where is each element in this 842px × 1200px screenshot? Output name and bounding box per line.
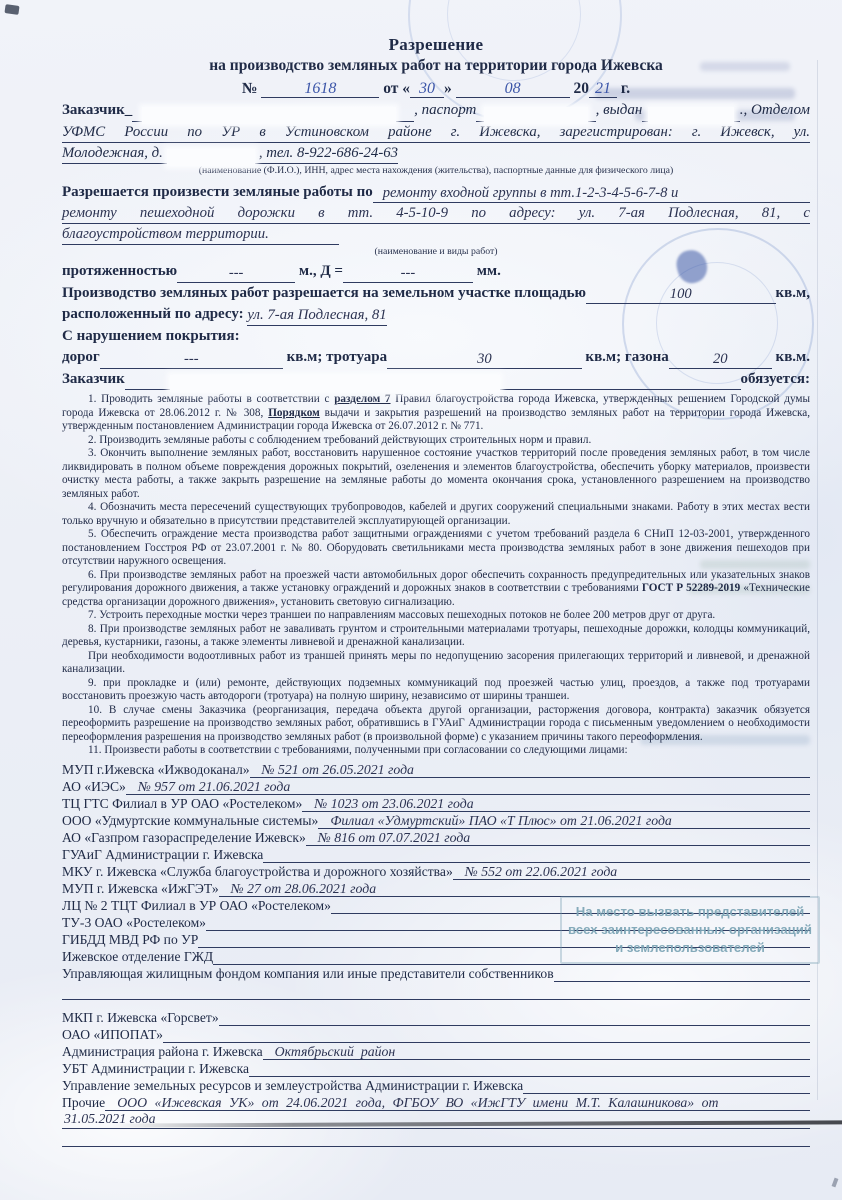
- issued-date-field: [642, 121, 740, 122]
- agreement-org-label: МУП г. Ижевска «ИжГЭТ»: [62, 881, 219, 897]
- agreement-value: Октябрьский район: [263, 1044, 810, 1059]
- agreement-fill-line: ООО «Ижевская УК» от 24.06.2021 года, ФГ…: [105, 1095, 810, 1111]
- coverage-header: С нарушением покрытия:: [62, 326, 810, 348]
- lawn-value: 20: [669, 350, 772, 368]
- diameter-label: м., Д =: [295, 261, 343, 283]
- length-line: протяженностью --- м., Д = --- мм.: [62, 261, 810, 283]
- customer-line-2: УФМС России по УР в Устиновском районе г…: [62, 122, 810, 143]
- agreement-fill-line: [554, 981, 810, 982]
- work-value-3: благоустройством территории.: [62, 224, 339, 245]
- month-value: 08: [456, 80, 570, 98]
- agreement-row: Управление земельных ресурсов и землеуст…: [62, 1077, 810, 1094]
- clause-emphasis: Порядком: [268, 407, 320, 419]
- stamp-note-line: всех заинтересованных организаций: [568, 921, 812, 939]
- agreement-org-label: АО «ИЭС»: [62, 779, 126, 795]
- length-value: ---: [177, 264, 295, 282]
- clause-text: 2. Производить земляные работы с соблюде…: [88, 434, 591, 446]
- street-label: Молодежная, д.: [62, 143, 163, 164]
- agreement-org-label: ТУ-3 ОАО «Ростелеком»: [62, 915, 206, 931]
- redaction-box: [170, 375, 500, 392]
- clause: 7. Устроить переходные мостки через тран…: [62, 609, 810, 623]
- mm-label: мм.: [473, 261, 501, 283]
- redaction-box: [167, 149, 255, 166]
- clause: 9. при прокладке и (или) ремонте, действ…: [62, 677, 810, 704]
- agreement-org-label: ГУАиГ Администрации г. Ижевска: [62, 847, 263, 863]
- clause: 2. Производить земляные работы с соблюде…: [62, 434, 810, 448]
- roads-value: ---: [100, 350, 283, 368]
- passport-label: , паспорт: [414, 100, 476, 122]
- work-description-field: ремонту входной группы в тт.1-2-3-4-5-6-…: [373, 184, 810, 203]
- agreement-value: № 552 от 22.06.2021 года: [453, 864, 810, 879]
- stamp-note-line: и землепользователей: [615, 939, 765, 957]
- agreement-row: АО «ИЭС»№ 957 от 21.06.2021 года: [62, 778, 810, 795]
- diameter-value: ---: [343, 264, 473, 282]
- customer-line-3: Молодежная, д. , тел. 8-922-686-24-63: [62, 143, 810, 164]
- call-representatives-stamp: На место вызвать представителейвсех заин…: [560, 896, 820, 964]
- work-line-2: ремонту пешеходной дорожки в тт. 4-5-10-…: [62, 203, 810, 224]
- work-line-3: благоустройством территории.: [62, 224, 810, 245]
- address-value: ул. 7-ая Подлесная, 81: [247, 305, 386, 326]
- clause: 5. Обеспечить ограждение места производс…: [62, 528, 810, 569]
- sidewalk-field: 30: [387, 350, 582, 369]
- clause-text: 5. Обеспечить ограждение места производс…: [62, 528, 810, 567]
- agreement-fill-line: [219, 1025, 810, 1026]
- lawn-units: кв.м.: [772, 347, 810, 369]
- agreement-org-label: МКП г. Ижевска «Горсвет»: [62, 1010, 219, 1026]
- area-label: Производство земляных работ разрешается …: [62, 283, 586, 305]
- clause: 8. При производстве земляных работ не за…: [62, 623, 810, 650]
- scan-corner-mark: [832, 1178, 839, 1188]
- agreement-fill-line: № 1023 от 23.06.2021 года: [302, 796, 810, 812]
- document-subtitle: на производство земляных работ на террит…: [62, 55, 810, 76]
- agreement-org-label: ТЦ ГТС Филиал в УР ОАО «Ростелеком»: [62, 796, 302, 812]
- agreement-org-label: Ижевское отделение ГЖД: [62, 949, 213, 965]
- agreement-full-line: [62, 1129, 810, 1147]
- agreement-value: № 957 от 21.06.2021 года: [126, 779, 810, 794]
- number-sign: №: [242, 80, 258, 97]
- agreement-org-label: АО «Газпром газораспределение Ижевск»: [62, 830, 306, 846]
- clause: 11. Произвести работы в соответствии с т…: [62, 744, 810, 758]
- agreement-value: № 1023 от 23.06.2021 года: [302, 796, 810, 811]
- sidewalk-units: кв.м; газона: [582, 347, 669, 369]
- agreement-row: ПрочиеООО «Ижевская УК» от 24.06.2021 го…: [62, 1094, 810, 1111]
- clause-text: При необходимости водоотливных работ из …: [62, 650, 810, 676]
- agreement-row: ОАО «ИПОПАТ»: [62, 1026, 810, 1043]
- agreement-fill-line: [263, 862, 810, 863]
- agreement-row: МУП г. Ижевска «ИжГЭТ»№ 27 от 28.06.2021…: [62, 880, 810, 897]
- agreement-org-label: ГИБДД МВД РФ по УР: [62, 932, 198, 948]
- agreement-full-line: [62, 982, 810, 1000]
- agreement-org-label: ООО «Удмуртские коммунальные системы»: [62, 813, 318, 829]
- permit-number-value: 1618: [261, 80, 379, 98]
- issued-tail: ., Отделом: [740, 100, 810, 122]
- customer-label: Заказчик_: [62, 100, 132, 122]
- agreement-org-label: МУП г.Ижевска «Ижводоканал»: [62, 762, 250, 778]
- agreement-fill-line: № 521 от 26.05.2021 года: [250, 762, 810, 778]
- length-field: ---: [177, 264, 295, 283]
- roads-field: ---: [100, 350, 283, 369]
- agreement-fill-line: № 27 от 28.06.2021 года: [219, 881, 810, 897]
- address-label: расположенный по адресу:: [62, 304, 247, 326]
- agreement-row: ООО «Удмуртские коммунальные системы»Фил…: [62, 812, 810, 829]
- work-line-1: Разрешается произвести земляные работы п…: [62, 182, 810, 204]
- agreement-org-label: УБТ Администрации г. Ижевска: [62, 1061, 249, 1077]
- clause-emphasis: ГОСТ Р 52289-2019: [642, 582, 740, 594]
- issued-label: , выдан: [596, 100, 643, 122]
- agreement-value: 31.05.2021 года: [62, 1111, 810, 1126]
- clause-text: 11. Произвести работы в соответствии с т…: [88, 744, 628, 756]
- agreement-value: № 521 от 26.05.2021 года: [250, 762, 810, 777]
- agreement-org-label: Администрация района г. Ижевска: [62, 1044, 263, 1060]
- clause-emphasis: разделом 7: [334, 393, 390, 405]
- agreement-fill-line: № 552 от 22.06.2021 года: [453, 864, 810, 880]
- agreement-value: ООО «Ижевская УК» от 24.06.2021 года, ФГ…: [105, 1095, 810, 1110]
- day-value: 30: [410, 80, 444, 98]
- agreement-row: МКУ г. Ижевска «Служба благоустройства и…: [62, 863, 810, 880]
- clause: При необходимости водоотливных работ из …: [62, 650, 810, 677]
- clause-text: 8. При производстве земляных работ не за…: [62, 623, 810, 649]
- agreement-row: МУП г.Ижевска «Ижводоканал»№ 521 от 26.0…: [62, 761, 810, 778]
- agreement-org-label: МКУ г. Ижевска «Служба благоустройства и…: [62, 864, 453, 880]
- agreement-row: Управляющая жилищным фондом компания или…: [62, 965, 810, 982]
- house-number-field: [163, 163, 259, 164]
- work-value-1: ремонту входной группы в тт.1-2-3-4-5-6-…: [373, 184, 810, 202]
- agreement-row: МКП г. Ижевска «Горсвет»: [62, 1009, 810, 1026]
- agreement-fill-line: [523, 1093, 810, 1094]
- clauses: 1. Проводить земляные работы в соответст…: [62, 393, 810, 758]
- obligation-line: Заказчик обязуется:: [62, 369, 810, 391]
- obligation-field: [125, 389, 741, 390]
- year-value: 21: [589, 80, 617, 98]
- phone-value: , тел. 8-922-686-24-63: [259, 143, 398, 164]
- agreement-fill-line: [163, 1042, 810, 1043]
- year-suffix: г.: [621, 80, 630, 97]
- agreement-value: № 816 от 07.07.2021 года: [306, 830, 810, 845]
- clause-text: 4. Обозначить места пересечений существу…: [62, 501, 810, 527]
- document-content: Разрешение на производство земляных рабо…: [62, 34, 810, 1147]
- clause-text: 1. Проводить земляные работы в соответст…: [88, 393, 334, 405]
- clause-text: 3. Окончить выполнение земляных работ, в…: [62, 447, 810, 500]
- agreement-full-line: 31.05.2021 года: [62, 1111, 810, 1129]
- roads-label: дорог: [62, 347, 100, 369]
- agreement-value: № 27 от 28.06.2021 года: [219, 881, 810, 896]
- close-quote: »: [444, 80, 452, 97]
- area-line: Производство земляных работ разрешается …: [62, 283, 810, 305]
- diameter-field: ---: [343, 264, 473, 283]
- agreement-row: Администрация района г. ИжевскаОктябрьск…: [62, 1043, 810, 1060]
- stamp-note-line: На место вызвать представителей: [576, 903, 805, 921]
- lawn-field: 20: [669, 350, 772, 369]
- coverage-values-line: дорог --- кв.м; тротуара 30 кв.м; газона…: [62, 347, 810, 369]
- customer-name-field: [132, 121, 414, 122]
- agreement-row: УБТ Администрации г. Ижевска: [62, 1060, 810, 1077]
- obligation-label: Заказчик: [62, 369, 125, 391]
- customer-line-1: Заказчик_ , паспорт , выдан ., Отделом: [62, 100, 810, 122]
- clause: 6. При производстве земляных работ на пр…: [62, 569, 810, 610]
- year-prefix: 20: [574, 80, 590, 97]
- agreement-row: ГУАиГ Администрации г. Ижевска: [62, 846, 810, 863]
- length-label: протяженностью: [62, 261, 177, 283]
- agreement-org-label: ОАО «ИПОПАТ»: [62, 1027, 163, 1043]
- from-label: от «: [383, 80, 410, 97]
- agreement-org-label: Прочие: [62, 1095, 105, 1111]
- agreement-row: АО «Газпром газораспределение Ижевск»№ 8…: [62, 829, 810, 846]
- agreement-value: Филиал «Удмуртский» ПАО «Т Плюс» от 21.0…: [318, 813, 810, 828]
- area-field: 100: [586, 285, 776, 304]
- area-value: 100: [586, 285, 776, 303]
- redaction-box: [648, 107, 734, 124]
- agreement-fill-line: № 957 от 21.06.2021 года: [126, 779, 810, 795]
- clause-text: 7. Устроить переходные мостки через тран…: [88, 609, 715, 621]
- passport-number-field: [476, 121, 595, 122]
- address-line: расположенный по адресу: ул. 7-ая Подлес…: [62, 304, 810, 326]
- agreement-fill-line: Филиал «Удмуртский» ПАО «Т Плюс» от 21.0…: [318, 813, 810, 829]
- clause-text: 10. В случае смены Заказчика (реорганиза…: [62, 704, 810, 743]
- agreement-fill-line: № 816 от 07.07.2021 года: [306, 830, 810, 846]
- clause: 3. Окончить выполнение земляных работ, в…: [62, 447, 810, 501]
- clause: 10. В случае смены Заказчика (реорганиза…: [62, 704, 810, 745]
- redaction-box: [484, 107, 587, 124]
- scanned-permit-document: На место вызвать представителейвсех заин…: [0, 0, 842, 1200]
- agreement-fill-line: [249, 1076, 810, 1077]
- obligation-tail: обязуется:: [741, 369, 810, 391]
- area-units: кв.м,: [776, 283, 810, 305]
- agreement-org-label: ЛЦ № 2 ТЦТ Филиал в УР ОАО «Ростелеком»: [62, 898, 331, 914]
- document-title: Разрешение: [62, 34, 810, 55]
- clause: 1. Проводить земляные работы в соответст…: [62, 393, 810, 434]
- agreement-org-label: Управляющая жилищным фондом компания или…: [62, 966, 554, 982]
- agreement-org-label: Управление земельных ресурсов и землеуст…: [62, 1078, 523, 1094]
- work-intro: Разрешается произвести земляные работы п…: [62, 182, 373, 204]
- redaction-box: [142, 107, 396, 124]
- document-number-line: № 1618 от «30» 08 2021 г.: [62, 78, 810, 100]
- clause: 4. Обозначить места пересечений существу…: [62, 501, 810, 528]
- coverage-header-label: С нарушением покрытия:: [62, 326, 240, 348]
- roads-units: кв.м; тротуара: [283, 347, 387, 369]
- agreement-fill-line: Октябрьский район: [263, 1044, 810, 1060]
- sidewalk-value: 30: [387, 350, 582, 368]
- agreement-row: ТЦ ГТС Филиал в УР ОАО «Ростелеком»№ 102…: [62, 795, 810, 812]
- work-caption: (наименование и виды работ): [62, 245, 810, 258]
- scan-corner-mark: [4, 4, 19, 15]
- clause-text: 9. при прокладке и (или) ремонте, действ…: [62, 677, 810, 703]
